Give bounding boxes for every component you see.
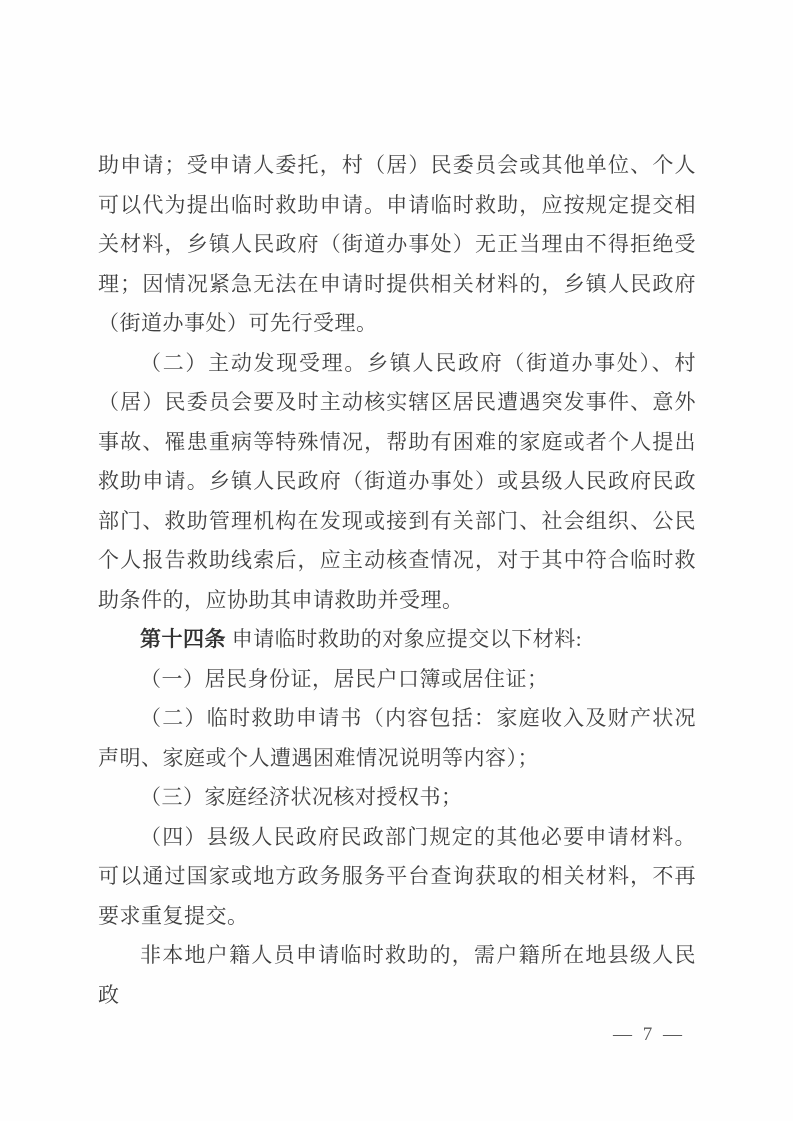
document-text-block: 助申请；受申请人委托，村（居）民委员会或其他单位、个人可以代为提出临时救助申请。… (98, 146, 696, 1015)
paragraph-item-1: （一）居民身份证，居民户口簿或居住证； (98, 660, 696, 700)
paragraph-item-4: （四）县级人民政府民政部门规定的其他必要申请材料。可以通过国家或地方政务服务平台… (98, 818, 696, 937)
document-page: 助申请；受申请人委托，村（居）民委员会或其他单位、个人可以代为提出临时救助申请。… (0, 0, 793, 1121)
paragraph-active-discovery: （二）主动发现受理。乡镇人民政府（街道办事处）、村（居）民委员会要及时主动核实辖… (98, 344, 696, 621)
paragraph-item-2: （二）临时救助申请书（内容包括：家庭收入及财产状况声明、家庭或个人遭遇困难情况说… (98, 699, 696, 778)
article-14-number: 第十四条 (140, 627, 226, 651)
paragraph-article-14: 第十四条 申请临时救助的对象应提交以下材料: (98, 620, 696, 660)
paragraph-item-3: （三）家庭经济状况核对授权书； (98, 778, 696, 818)
article-14-text: 申请临时救助的对象应提交以下材料: (226, 627, 582, 651)
page-number: — 7 — (613, 1024, 685, 1046)
paragraph-continuation: 助申请；受申请人委托，村（居）民委员会或其他单位、个人可以代为提出临时救助申请。… (98, 146, 696, 344)
paragraph-non-local: 非本地户籍人员申请临时救助的，需户籍所在地县级人民政 (98, 936, 696, 1015)
